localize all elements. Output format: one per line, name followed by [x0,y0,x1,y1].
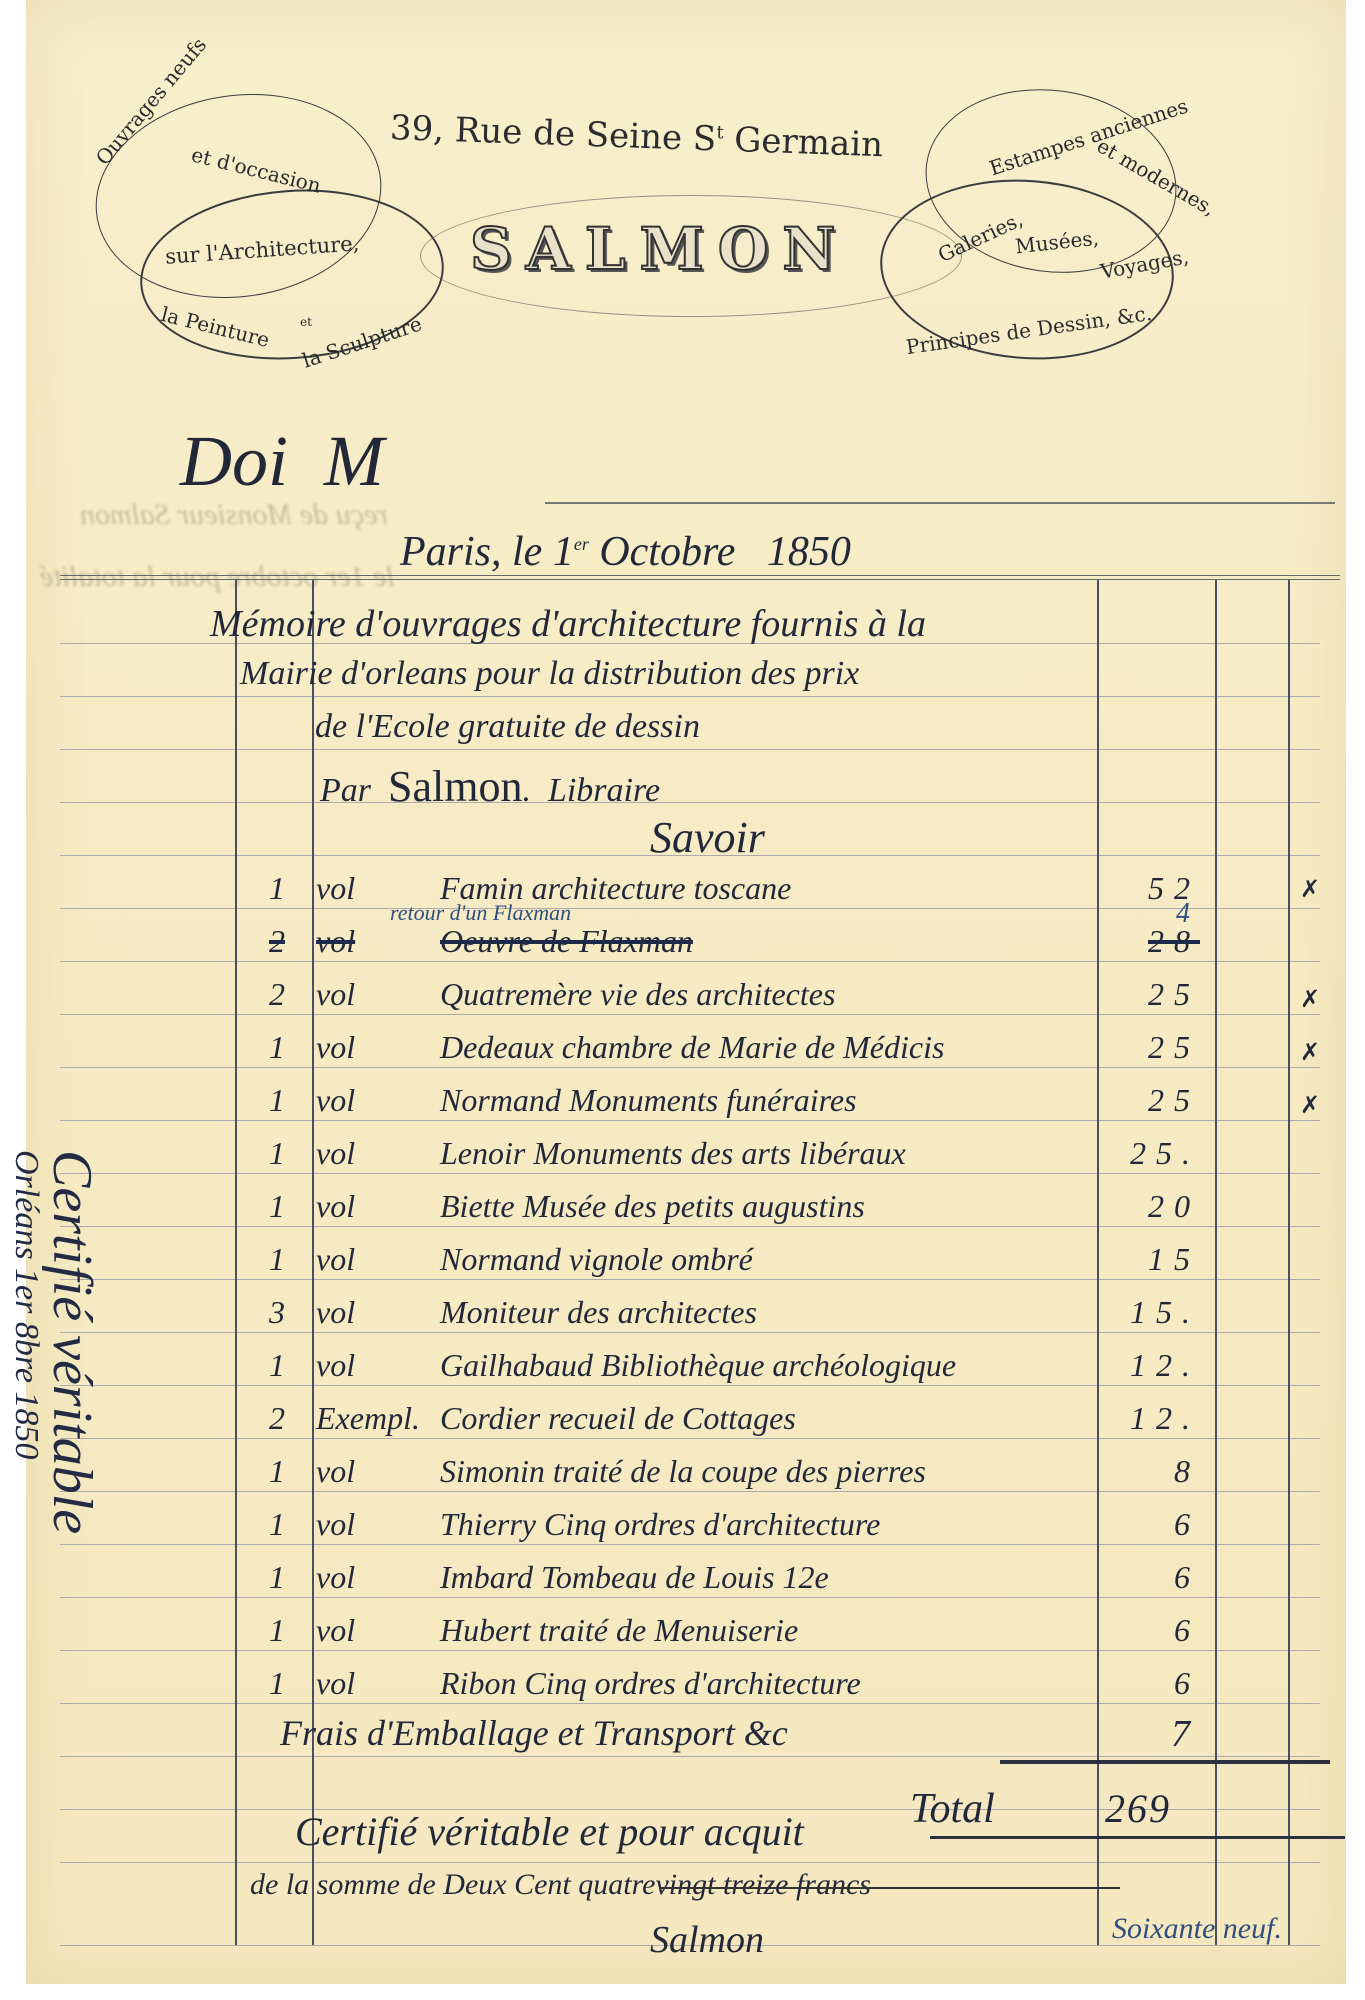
side-certification-note: Certifié véritable Orléans 1er 8bre 1850… [0,1150,95,1710]
item-unit: vol [316,1135,355,1172]
item-desc: Ribon Cinq ordres d'architecture [440,1665,861,1702]
addressee-rule [545,502,1335,504]
item-qty: 1 [262,1559,292,1596]
item-desc: Normand vignole ombré [440,1241,753,1278]
item-unit: vol [316,976,355,1013]
certification-line-1: Certifié véritable et pour acquit [295,1808,804,1855]
check-mark-icon: ✗ [1300,875,1320,904]
item-unit: Exempl. [316,1400,420,1437]
item-desc: Cordier recueil de Cottages [440,1400,796,1437]
item-unit: vol [316,1082,355,1119]
item-qty: 2 [262,1400,292,1437]
item-unit: vol [316,1188,355,1225]
bleed-through-line-1: reçu de Monsieur Salmon [80,498,388,532]
item-amount: 6 [1120,1506,1200,1543]
item-desc: Oeuvre de Flaxman [440,923,693,960]
item-qty: 3 [262,1294,292,1331]
item-desc: Gailhabaud Bibliothèque archéologique [440,1347,956,1384]
item-amount: 12. [1120,1347,1200,1384]
item-amount: 25 [1120,1029,1200,1066]
item-qty: 1 [262,1135,292,1172]
heading-line-2: Mairie d'orleans pour la distribution de… [240,655,859,693]
certification-strike [660,1887,1120,1889]
item-desc: Imbard Tombeau de Louis 12e [440,1559,829,1596]
item-amount: 25 [1120,976,1200,1013]
fees-desc: Frais d'Emballage et Transport &c [280,1712,788,1754]
left-oval-line-4b: et [300,315,312,329]
company-name: SALMON [470,215,849,283]
item-unit: vol [316,1559,355,1596]
item-amount: 20 [1120,1188,1200,1225]
item-desc: Moniteur des architectes [440,1294,757,1331]
side-note-line-1: Certifié véritable [49,1150,95,1710]
item-unit: vol [316,923,355,960]
item-amount: 6 [1120,1559,1200,1596]
item-qty: 1 [262,1453,292,1490]
date-line: Paris, le 1er Octobre 1850 [400,528,851,576]
item-unit: vol [316,1347,355,1384]
signature: Salmon [650,1918,764,1962]
side-note-line-2: Orléans 1er 8bre 1850 [3,1150,49,1710]
item-qty: 1 [262,1188,292,1225]
item-qty: 1 [262,1347,292,1384]
item-unit: vol [316,1029,355,1066]
item-unit: vol [316,1294,355,1331]
item-qty: 2 [262,976,292,1013]
total-rule [930,1836,1345,1839]
heading-savoir: Savoir [650,812,765,863]
total-amount: 269 [1105,1785,1171,1832]
blue-annotation: Soixante neuf. [1112,1912,1282,1946]
item-desc: Quatremère vie des architectes [440,976,835,1013]
item-amount: 6 [1120,1665,1200,1702]
item-unit: vol [316,1665,355,1702]
item-desc: Biette Musée des petits augustins [440,1188,865,1225]
item-desc: Simonin traité de la coupe des pierres [440,1453,926,1490]
item-unit: vol [316,870,355,907]
item-desc: Dedeaux chambre de Marie de Médicis [440,1029,944,1066]
heading-line-3: de l'Ecole gratuite de dessin [315,708,700,746]
item-amount: 8 [1120,1453,1200,1490]
item-desc: Normand Monuments funéraires [440,1082,857,1119]
item-unit: vol [316,1453,355,1490]
fees-amount: 7 [1120,1712,1200,1756]
item-unit: vol [316,1241,355,1278]
item-qty: 1 [262,1612,292,1649]
item-qty: 1 [262,1665,292,1702]
heading-line-1: Mémoire d'ouvrages d'architecture fourni… [210,602,926,646]
side-note-line-3: le Directeur du Musée [0,1150,3,1710]
subtotal-rule [1000,1760,1330,1764]
item-qty: 1 [262,870,292,907]
heading-line-4: Par Salmon. Libraire [320,761,660,812]
item-qty: 1 [262,1029,292,1066]
item-desc: Thierry Cinq ordres d'architecture [440,1506,880,1543]
addressee-line: Doi M [180,420,384,503]
item-desc: Lenoir Monuments des arts libéraux [440,1135,906,1172]
item-amount: 15 [1120,1241,1200,1278]
item-qty: 1 [262,1506,292,1543]
item-amount: 15. [1120,1294,1200,1331]
certification-line-2: de la somme de Deux Cent quatrevingt tre… [250,1868,871,1902]
item-amount: 28 [1120,923,1200,960]
item-amount: 12. [1120,1400,1200,1437]
item-qty: 1 [262,1241,292,1278]
item-amount: 25 [1120,1082,1200,1119]
item-qty: 1 [262,1082,292,1119]
item-amount: 25. [1120,1135,1200,1172]
check-mark-icon: ✗ [1300,1038,1320,1067]
item-desc: Hubert traité de Menuiserie [440,1612,798,1649]
item-amount: 6 [1120,1612,1200,1649]
item-qty: 2 [262,923,292,960]
item-unit: vol [316,1612,355,1649]
total-label: Total [910,1785,995,1833]
check-mark-icon: ✗ [1300,1091,1320,1120]
date-rule [60,575,1340,580]
item-unit: vol [316,1506,355,1543]
check-mark-icon: ✗ [1300,985,1320,1014]
